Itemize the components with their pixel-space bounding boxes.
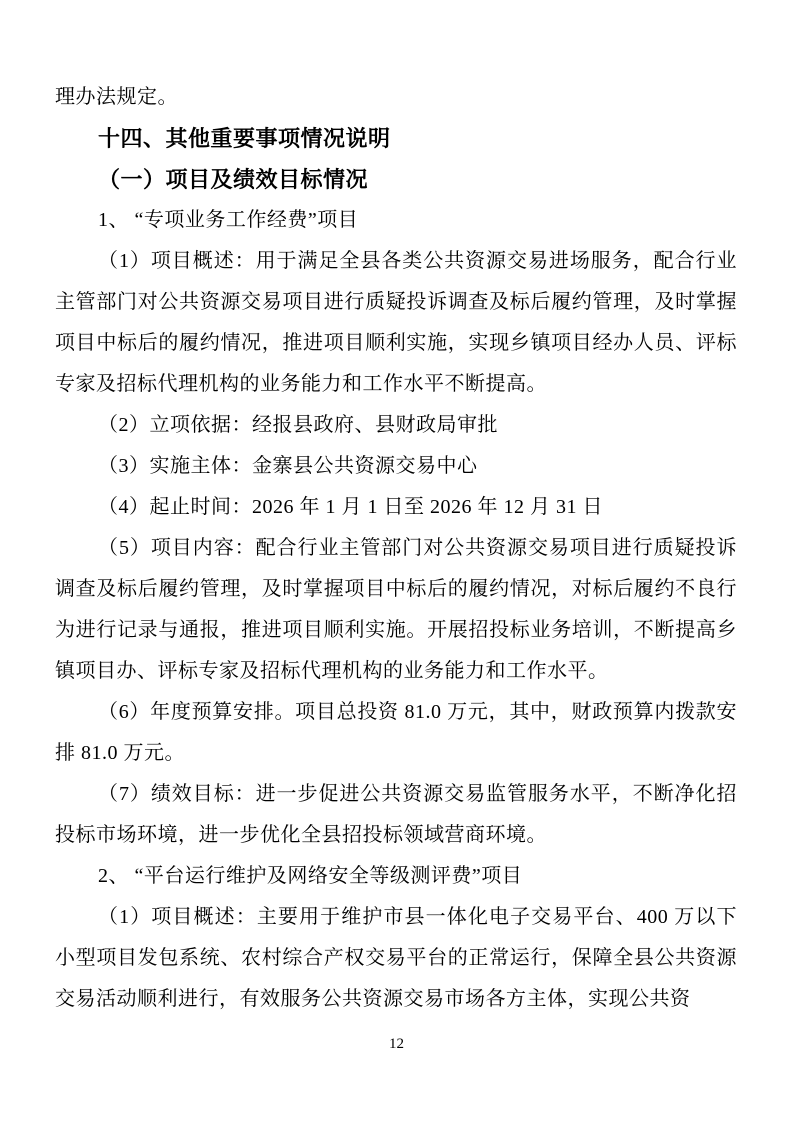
paragraph-12: 2、 “平台运行维护及网络安全等级测评费”项目 [55, 856, 737, 897]
paragraph-11: （7）绩效目标：进一步促进公共资源交易监管服务水平，不断净化招投标市场环境，进一… [55, 774, 737, 856]
paragraph-5: （1）项目概述：用于满足全县各类公共资源交易进场服务，配合行业主管部门对公共资源… [55, 241, 737, 405]
document-content: 理办法规定。十四、其他重要事项情况说明（一）项目及绩效目标情况1、 “专项业务工… [55, 77, 737, 1020]
paragraph-6: （2）立项依据：经报县政府、县财政局审批 [55, 405, 737, 446]
paragraph-13: （1）项目概述：主要用于维护市县一体化电子交易平台、400 万以下小型项目发包系… [55, 897, 737, 1020]
paragraph-1: 理办法规定。 [55, 77, 737, 118]
paragraph-3: （一）项目及绩效目标情况 [55, 159, 737, 200]
paragraph-4: 1、 “专项业务工作经费”项目 [55, 200, 737, 241]
paragraph-9: （5）项目内容：配合行业主管部门对公共资源交易项目进行质疑投诉调查及标后履约管理… [55, 528, 737, 692]
paragraph-2: 十四、其他重要事项情况说明 [55, 118, 737, 159]
page-number: 12 [0, 1034, 793, 1054]
paragraph-10: （6）年度预算安排。项目总投资 81.0 万元，其中，财政预算内拨款安排 81.… [55, 692, 737, 774]
document-page: 理办法规定。十四、其他重要事项情况说明（一）项目及绩效目标情况1、 “专项业务工… [0, 0, 793, 1122]
paragraph-8: （4）起止时间：2026 年 1 月 1 日至 2026 年 12 月 31 日 [55, 487, 737, 528]
paragraph-7: （3）实施主体：金寨县公共资源交易中心 [55, 446, 737, 487]
